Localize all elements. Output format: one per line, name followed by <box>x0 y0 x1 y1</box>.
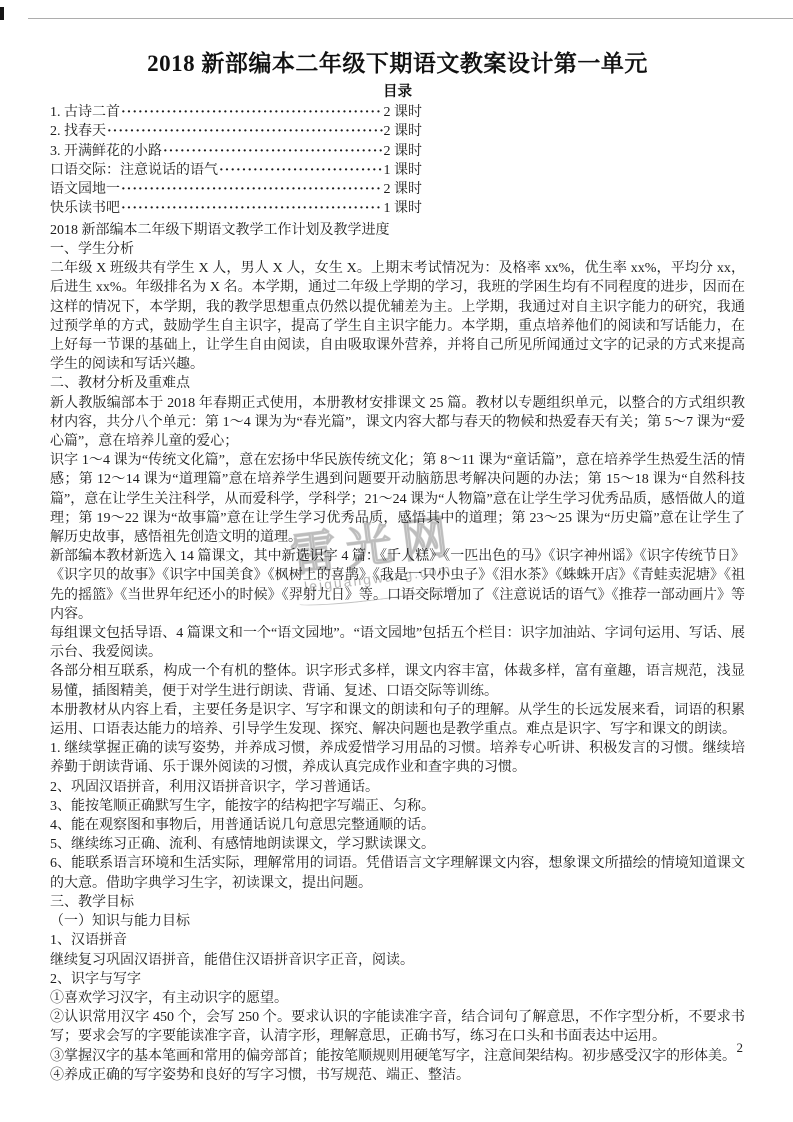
paragraph: 识字 1～4 课为“传统文化篇”，意在宏扬中华民族传统文化；第 8～11 课为“… <box>50 451 745 547</box>
toc-item-duration: 1 课时 <box>384 199 423 218</box>
paragraph: 二年级 X 班级共有学生 X 人，男人 X 人，女生 X。上期末考试情况为：及格… <box>50 259 745 374</box>
paragraph: 新人教版编部本于 2018 年春期正式使用，本册教材安排课文 25 篇。教材以专… <box>50 394 745 452</box>
page-number: 2 <box>737 1040 744 1056</box>
section-heading: 一、学生分析 <box>50 240 745 259</box>
toc-item-duration: 2 课时 <box>384 122 423 141</box>
toc-item-duration: 1 课时 <box>384 161 423 180</box>
section-heading: （一）知识与能力目标 <box>50 912 745 931</box>
toc-item: 快乐读书吧 1 课时 <box>50 199 422 218</box>
toc-leader-dots <box>163 142 383 161</box>
toc-item: 语文园地一 2 课时 <box>50 180 422 199</box>
section-heading: 三、教学目标 <box>50 893 745 912</box>
document-page: 雷光网 leiguangwang.com 2018 新部编本二年级下期语文教案设… <box>0 0 793 1122</box>
toc-item-duration: 2 课时 <box>384 103 423 122</box>
toc-leader-dots <box>219 161 383 180</box>
list-item: 1. 继续掌握正确的读写姿势，并养成习惯，养成爱惜学习用品的习惯。培养专心听讲、… <box>50 739 745 777</box>
paragraph: 本册教材从内容上看，主要任务是识字、写字和课文的朗读和句子的理解。从学生的长远发… <box>50 701 745 739</box>
list-item: 5、继续练习正确、流利、有感情地朗读课文，学习默读课文。 <box>50 835 745 854</box>
toc-item-label: 口语交际：注意说话的语气 <box>50 161 218 180</box>
toc-item: 3. 开满鲜花的小路 2 课时 <box>50 142 422 161</box>
toc-item: 2. 找春天 2 课时 <box>50 122 422 141</box>
toc-item-duration: 2 课时 <box>384 142 423 161</box>
toc-item-label: 语文园地一 <box>50 180 120 199</box>
paragraph: 每组课文包括导语、4 篇课文和一个“语文园地”。“语文园地”包括五个栏目：识字加… <box>50 624 745 662</box>
list-item: ③掌握汉字的基本笔画和常用的偏旁部首；能按笔顺规则用硬笔写字，注意间架结构。初步… <box>50 1047 745 1066</box>
toc-item-label: 3. 开满鲜花的小路 <box>50 142 162 161</box>
paragraph: 新部编本教材新选入 14 篇课文，其中新选识字 4 篇：《千人糕》《一匹出色的马… <box>50 547 745 624</box>
section-heading: 二、教材分析及重难点 <box>50 374 745 393</box>
toc: 1. 古诗二首 2 课时 2. 找春天 2 课时 3. 开满鲜花的小路 2 课时… <box>50 103 422 219</box>
toc-item-label: 1. 古诗二首 <box>50 103 120 122</box>
toc-item-label: 快乐读书吧 <box>50 199 120 218</box>
list-item: 2、巩固汉语拼音，利用汉语拼音识字，学习普通话。 <box>50 778 745 797</box>
paragraph: 各部分相互联系，构成一个有机的整体。识字形式多样，课文内容丰富，体裁多样，富有童… <box>50 662 745 700</box>
list-item: ①喜欢学习汉字，有主动识字的愿望。 <box>50 989 745 1008</box>
section-heading: 2018 新部编本二年级下期语文教学工作计划及教学进度 <box>50 221 745 240</box>
scan-artifact-tick <box>0 7 4 20</box>
toc-item-duration: 2 课时 <box>384 180 423 199</box>
section-heading: 1、汉语拼音 <box>50 931 745 950</box>
list-item: ④养成正确的写字姿势和良好的写字习惯，书写规范、端正、整洁。 <box>50 1066 745 1085</box>
toc-heading: 目录 <box>50 84 745 101</box>
list-item: 4、能在观察图和事物后，用普通话说几句意思完整通顺的话。 <box>50 816 745 835</box>
toc-leader-dots <box>121 180 383 199</box>
list-item: 6、能联系语言环境和生活实际，理解常用的词语。凭借语言文字理解课文内容，想象课文… <box>50 854 745 892</box>
toc-leader-dots <box>121 199 383 218</box>
toc-leader-dots <box>107 122 383 141</box>
toc-leader-dots <box>121 103 383 122</box>
section-heading: 2、识字与写字 <box>50 970 745 989</box>
list-item: 3、能按笔顺正确默写生字，能按字的结构把字写端正、匀称。 <box>50 797 745 816</box>
top-border-line <box>28 18 793 19</box>
toc-item: 1. 古诗二首 2 课时 <box>50 103 422 122</box>
document-title: 2018 新部编本二年级下期语文教案设计第一单元 <box>50 49 745 79</box>
document-body: 2018 新部编本二年级下期语文教学工作计划及教学进度 一、学生分析 二年级 X… <box>50 221 745 1085</box>
paragraph: 继续复习巩固汉语拼音，能借住汉语拼音识字正音，阅读。 <box>50 951 745 970</box>
toc-item: 口语交际：注意说话的语气 1 课时 <box>50 161 422 180</box>
toc-item-label: 2. 找春天 <box>50 122 106 141</box>
list-item: ②认识常用汉字 450 个，会写 250 个。要求认识的字能读准字音，结合词句了… <box>50 1008 745 1046</box>
document-content: 2018 新部编本二年级下期语文教案设计第一单元 目录 1. 古诗二首 2 课时… <box>0 49 793 1085</box>
